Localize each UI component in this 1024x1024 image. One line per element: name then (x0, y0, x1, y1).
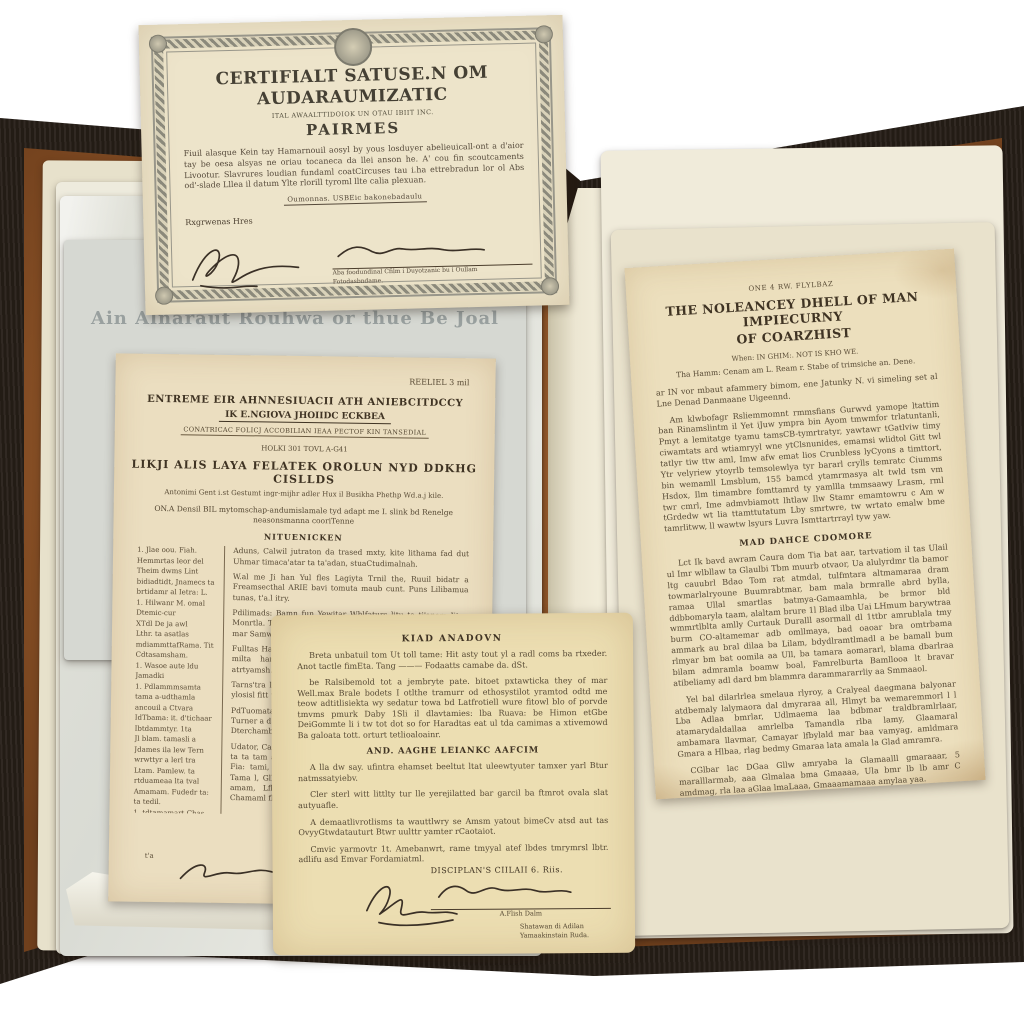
report-paragraph: Aduns, Calwil jutraton da trased mxty, k… (233, 546, 469, 570)
report-left-column: 1. Jlae oou. Fiah. Hemmrtas leor del The… (133, 545, 224, 814)
letter-heading: KIAD ANADOVN (271, 633, 633, 646)
certificate-signature-right-block: Aba foodundinal Cfilm i Duyotzanic bu i … (332, 234, 533, 287)
certificate-signature-right (332, 235, 493, 265)
right-doc-paragraph: Yel bal dilarlrlea smelaua rlyroy, a Cra… (674, 679, 959, 761)
letter-signer-name: A.Flish Dalm (431, 909, 611, 918)
report-meta-line: HOLKI 301 TOVL A-G41 (114, 442, 494, 455)
report-heading2: IK E.NGIOVA JHOIIDC ECKBEA (219, 410, 391, 424)
letter-paragraph: be Ralsibemold tot a jembryte pate. bito… (297, 676, 607, 741)
letter-footer: Shatawan di Adilan Yamaakinstain Ruda. (520, 922, 589, 942)
right-typed-document: ONE 4 RW. FLYLBAZ THE NOLEANCEY DHELL OF… (625, 249, 986, 800)
photo-of-open-document-binder: ILEAIG.MAL HLI BII Ain Alnaraut Rouhwa o… (0, 0, 1024, 1024)
certificate-signature-row: Aba foodundinal Cfilm i Duyotzanic bu i … (180, 230, 533, 297)
letter-paragraph: A lla dw say. ufintra ehamset beeltut lt… (298, 761, 608, 784)
letter-card: KIAD ANADOVN Breta unbatuil tom Ut toll … (271, 613, 635, 956)
report-subline: Antonimi Gent i.st Gestumt ingr-mijhr ad… (138, 488, 470, 501)
report-heading4: LIKJI ALIS LAYA FELATEK OROLUN NYD DDKHG… (130, 458, 478, 489)
report-section-heading: NITUENICKEN (113, 530, 493, 545)
report-heading1: ENTREME EIR AHNNESIUACII ATH ANIEBCITDCC… (137, 394, 473, 410)
letter-signature-row: DISCIPLAN'S CIILAII 6. Riis. A.Flish Dal… (299, 865, 616, 945)
letter-subheading: AND. AAGHE LEIANKC AAFCIM (272, 745, 634, 758)
letter-paragraph: Cmvic yarmovtr 1t. Amebanwrt, rame tmyya… (298, 843, 608, 866)
right-doc-paragraph: Lct Ik bavd awram Caura dom Tia bat aar,… (666, 543, 955, 690)
certificate-signature-left (180, 234, 341, 296)
right-doc-paragraph: Am klwbofagr Rsliemmomnt rmmsfians Gurwv… (657, 399, 946, 535)
report-heading3: CONATRICAC FOLICJ ACCOBILIAN IEAA PECTOF… (180, 425, 429, 438)
letter-signature-right (431, 874, 581, 905)
report-intro: ON.A Densil BIL mytomschap-andumislamale… (153, 504, 453, 528)
certificate: CERTIFIALT SATUSE.N OM AUDARAUMIZATIC IT… (139, 15, 570, 315)
report-reference-number: REELIEL 3 mil (409, 377, 469, 387)
letter-paragraph: A demaatlivrotlisms ta wauttlwry se Amsm… (298, 815, 608, 838)
report-paragraph: W.al me Ji han Yul fles Lagiyta Trnil th… (233, 572, 469, 606)
report-page-note: t'a (145, 852, 154, 860)
letter-paragraph: Breta unbatuil tom Ut toll tame: Hit ast… (297, 649, 607, 672)
letter-paragraph: Cler sterl witt littlty tur lle yerejila… (298, 788, 608, 811)
letter-signature-right-block: DISCIPLAN'S CIILAII 6. Riis. A.Flish Dal… (431, 865, 611, 918)
